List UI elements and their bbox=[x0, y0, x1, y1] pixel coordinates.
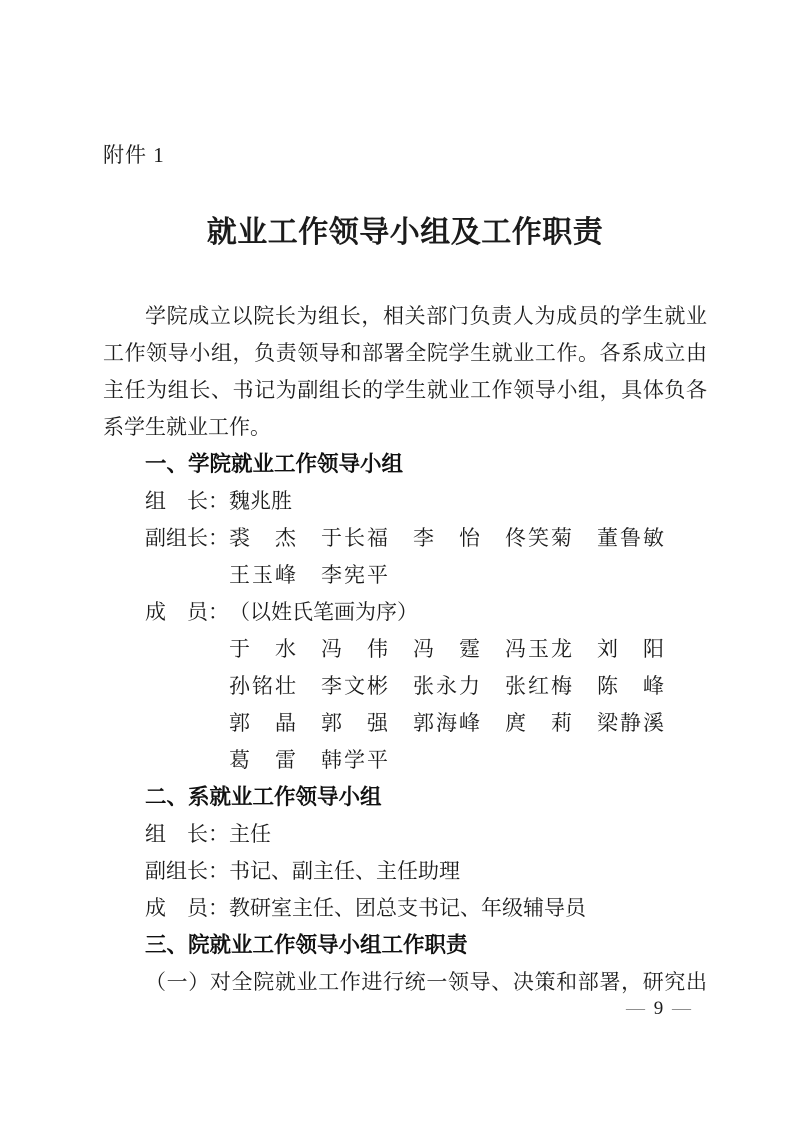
page-number: — 9 — bbox=[626, 996, 693, 1022]
group-leader-label: 组 长： bbox=[145, 816, 229, 853]
deputy-leaders-titles: 书记、副主任、主任助理 bbox=[229, 859, 460, 883]
deputy-leaders-row: 副组长：书记、副主任、主任助理 bbox=[103, 853, 707, 890]
members-label: 成 员： bbox=[145, 890, 229, 927]
section-responsibilities: 三、院就业工作领导小组工作职责 （一）对全院就业工作进行统一领导、决策和部署，研… bbox=[103, 927, 707, 1001]
members-titles: 教研室主任、团总支书记、年级辅导员 bbox=[229, 896, 586, 920]
intro-paragraph-line-2: 工作领导小组，负责领导和部署全院学生就业工作。各系成立由 bbox=[103, 335, 707, 372]
attachment-label: 附件 1 bbox=[103, 140, 707, 170]
deputy-leaders-label: 副组长： bbox=[145, 520, 229, 557]
section-department-leading-group: 二、系就业工作领导小组 组 长：主任 副组长：书记、副主任、主任助理 成 员：教… bbox=[103, 779, 707, 927]
member-names-line-2: 孙铭壮 李文彬 张永力 张红梅 陈 峰 bbox=[229, 674, 666, 698]
member-names-line-3: 郭 晶 郭 强 郭海峰 庹 莉 梁静溪 bbox=[229, 711, 666, 735]
deputy-leaders-label: 副组长： bbox=[145, 853, 229, 890]
deputy-leaders-continuation-row: 王玉峰 李宪平 bbox=[103, 557, 707, 594]
member-names-row: 于 水 冯 伟 冯 霆 冯玉龙 刘 阳 bbox=[103, 631, 707, 668]
document-title: 就业工作领导小组及工作职责 bbox=[103, 212, 707, 254]
document-page: 附件 1 就业工作领导小组及工作职责 学院成立以院长为组长，相关部门负责人为成员… bbox=[0, 0, 793, 1122]
section-college-leading-group: 一、学院就业工作领导小组 组 长：魏兆胜 副组长：裘 杰 于长福 李 怡 佟笑菊… bbox=[103, 446, 707, 779]
intro-paragraph-line-3: 主任为组长、书记为副组长的学生就业工作领导小组，具体负各 bbox=[103, 372, 707, 409]
document-content: 附件 1 就业工作领导小组及工作职责 学院成立以院长为组长，相关部门负责人为成员… bbox=[103, 140, 707, 1001]
intro-paragraph: 学院成立以院长为组长，相关部门负责人为成员的学生就业 工作领导小组，负责领导和部… bbox=[103, 298, 707, 446]
duty-item-line: （一）对全院就业工作进行统一领导、决策和部署，研究出 bbox=[103, 964, 707, 1001]
member-names-row: 郭 晶 郭 强 郭海峰 庹 莉 梁静溪 bbox=[103, 705, 707, 742]
section-2-heading: 二、系就业工作领导小组 bbox=[103, 779, 707, 816]
deputy-leaders-names: 裘 杰 于长福 李 怡 佟笑菊 董鲁敏 bbox=[229, 526, 666, 550]
member-names-row: 葛 雷 韩学平 bbox=[103, 742, 707, 779]
group-leader-title: 主任 bbox=[229, 822, 271, 846]
page-number-left-dash: — bbox=[626, 998, 647, 1019]
member-names-line-4: 葛 雷 韩学平 bbox=[229, 748, 390, 772]
member-names-line-1: 于 水 冯 伟 冯 霆 冯玉龙 刘 阳 bbox=[229, 637, 666, 661]
section-3-heading: 三、院就业工作领导小组工作职责 bbox=[103, 927, 707, 964]
intro-paragraph-line-1: 学院成立以院长为组长，相关部门负责人为成员的学生就业 bbox=[103, 298, 707, 335]
section-1-heading: 一、学院就业工作领导小组 bbox=[103, 446, 707, 483]
group-leader-name: 魏兆胜 bbox=[229, 489, 292, 513]
members-row: 成 员：（以姓氏笔画为序） bbox=[103, 594, 707, 631]
page-number-right-dash: — bbox=[672, 998, 693, 1019]
group-leader-row: 组 长：主任 bbox=[103, 816, 707, 853]
deputy-leaders-names-continued: 王玉峰 李宪平 bbox=[229, 563, 390, 587]
members-row: 成 员：教研室主任、团总支书记、年级辅导员 bbox=[103, 890, 707, 927]
group-leader-row: 组 长：魏兆胜 bbox=[103, 483, 707, 520]
member-names-row: 孙铭壮 李文彬 张永力 张红梅 陈 峰 bbox=[103, 668, 707, 705]
members-sort-note: （以姓氏笔画为序） bbox=[229, 600, 418, 624]
members-label: 成 员： bbox=[145, 594, 229, 631]
intro-paragraph-line-4: 系学生就业工作。 bbox=[103, 409, 707, 446]
page-number-value: 9 bbox=[654, 998, 666, 1019]
deputy-leaders-row: 副组长：裘 杰 于长福 李 怡 佟笑菊 董鲁敏 bbox=[103, 520, 707, 557]
group-leader-label: 组 长： bbox=[145, 483, 229, 520]
